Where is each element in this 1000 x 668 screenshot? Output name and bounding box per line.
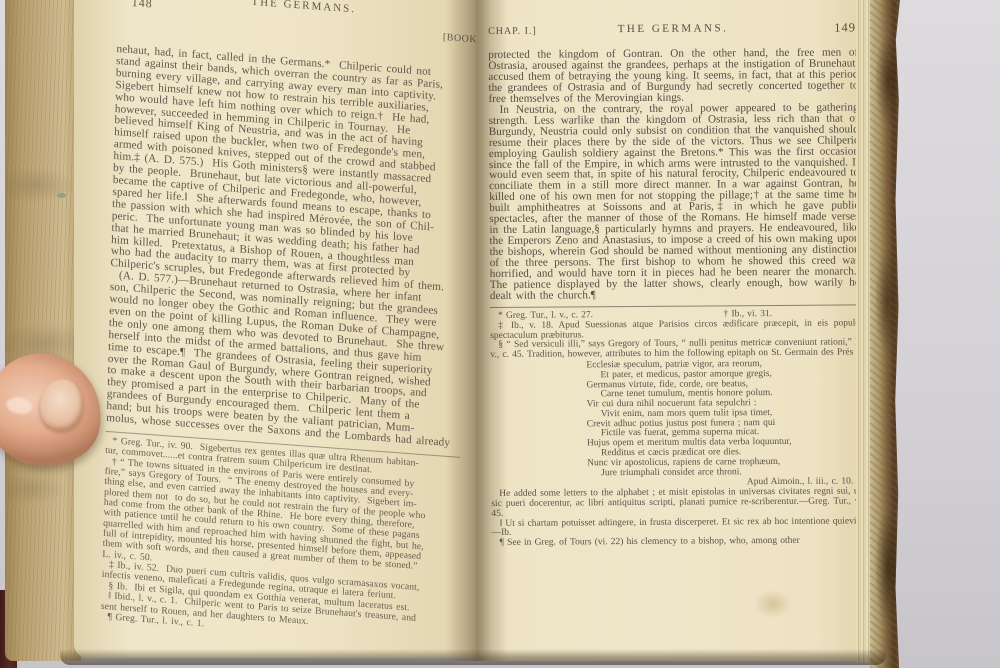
right-page-content: CHAP. I.] THE GERMANS. 149 protected the… <box>488 21 862 549</box>
body-paragraph: protected the kingdom of Gontran. On the… <box>488 47 858 104</box>
left-page-footnotes: * Greg. Tur., iv. 90. Sigebertus rex gen… <box>100 436 477 649</box>
right-page-body: protected the kingdom of Gontran. On the… <box>488 47 860 301</box>
left-page-number: 148 <box>132 0 153 12</box>
right-footnote-rule <box>490 304 858 308</box>
left-page: 148 THE GERMANS. [BOOK I. nehaut, had, i… <box>74 0 478 658</box>
right-running-title: THE GERMANS. <box>488 21 858 36</box>
fore-edge-fleck <box>57 193 66 198</box>
right-cover-edge <box>870 0 900 668</box>
footnote-section: § “ Sed versiculi illi,” says Gregory of… <box>490 339 860 361</box>
body-paragraph: In Neustria, on the contrary, the royal … <box>489 102 860 302</box>
right-page-footnotes: * Greg. Tur., l. v., c. 27. † Ib., vi. 3… <box>490 309 862 549</box>
right-page-number: 149 <box>834 20 856 35</box>
left-page-content: 148 THE GERMANS. [BOOK I. nehaut, had, i… <box>100 0 478 649</box>
left-book-label: [BOOK I. <box>443 32 478 46</box>
left-page-body: nehaut, had, in fact, called in the Germ… <box>106 44 478 452</box>
thumb-highlight <box>5 396 33 416</box>
page-stain <box>754 590 792 618</box>
fore-edge-texture <box>5 0 81 661</box>
left-running-title: THE GERMANS. <box>118 0 478 25</box>
left-page-fore-edge <box>5 0 81 661</box>
epitaph-verse: Ecclesiæ speculum, patriæ vigor, ara reo… <box>586 359 861 478</box>
book-photo: 148 THE GERMANS. [BOOK I. nehaut, had, i… <box>0 0 1000 668</box>
thumbnail <box>35 375 87 434</box>
right-page-header: CHAP. I.] THE GERMANS. 149 <box>488 21 858 38</box>
right-page-edges <box>856 0 872 663</box>
left-page-header: 148 THE GERMANS. [BOOK I. <box>118 0 478 35</box>
footnote-pilcrow: ¶ See in Greg. of Tours (vi. 22) his cle… <box>492 537 862 549</box>
footnote-alphabet: He added some letters to the alphabet ; … <box>491 488 861 520</box>
right-page: CHAP. I.] THE GERMANS. 149 protected the… <box>478 0 862 661</box>
